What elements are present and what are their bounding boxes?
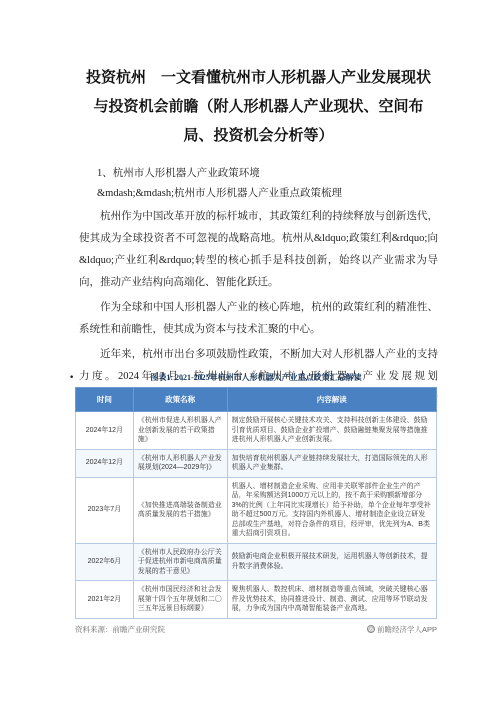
paragraph: 杭州作为中国改革开放的标杆城市，其政策红利的持续释放与创新迭代，使其成为全球投资… xyxy=(79,206,438,294)
section-heading: 1、杭州市人形机器人产业政策环境 xyxy=(79,164,438,184)
table-row: 2024年12月 《杭州市人形机器人产业发展规划(2024—2029年)》 加快… xyxy=(76,449,437,477)
cell-content: 加快培育杭州机器人产业链持续发展壮大，打造国际领先的人形机器人产业集群。 xyxy=(227,449,436,477)
paragraph: 作为全球和中国人形机器人产业的核心阵地，杭州的政策红利的精准性、系统性和前瞻性，… xyxy=(79,297,438,341)
table-row: 2021年2月 《杭州市国民经济和社会发展第十四个五年规划和二〇三五年远景目标纲… xyxy=(76,581,437,619)
article-title: 投资杭州 一文看懂杭州市人形机器人产业发展现状与投资机会前瞻（附人形机器人产业现… xyxy=(79,64,438,151)
cell-time: 2022年6月 xyxy=(76,543,134,581)
cell-time: 2021年2月 xyxy=(76,581,134,619)
cell-policy: 《杭州市国民经济和社会发展第十四个五年规划和二〇三五年远景目标纲要》 xyxy=(133,581,227,619)
column-header-policy: 政策名称 xyxy=(133,388,227,412)
cell-time: 2024年12月 xyxy=(76,449,134,477)
cell-policy: 《杭州市人民政府办公厅关于促进杭州市新电商高质量发展的若干意见》 xyxy=(133,543,227,581)
figure-footer: 资料来源：前瞻产业研究院 @ 前瞻经济学人APP xyxy=(75,624,437,635)
policy-table: 时间 政策名称 内容解读 2024年12月 《杭州市促进人形机器人产业创新发展的… xyxy=(75,387,437,619)
cell-time: 2024年12月 xyxy=(76,412,134,450)
cell-policy: 《杭州市人形机器人产业发展规划(2024—2029年)》 xyxy=(133,449,227,477)
document-page: 投资杭州 一文看懂杭州市人形机器人产业发展现状与投资机会前瞻（附人形机器人产业现… xyxy=(0,0,496,701)
cell-content: 聚焦机器人、数控机床、增材制造等重点领域，突破关键核心器件及优势技术，协同推进设… xyxy=(227,581,436,619)
cell-time: 2023年7月 xyxy=(76,477,134,543)
table-row: 2023年7月 《加快推进高端装备制造业高质量发展的若干措施》 机器人、增材制造… xyxy=(76,477,437,543)
figure-block: • 图表1: 2021-2025年杭州市人形机器人产业重点政策汇总解读 时间 政… xyxy=(75,372,437,635)
figure-caption: 图表1: 2021-2025年杭州市人形机器人产业重点政策汇总解读 xyxy=(75,372,437,384)
cell-content: 机器人、增材制造企业采购、应用非关联零部件企业生产的产品，年采购额达到1000万… xyxy=(227,477,436,543)
cell-policy: 《加快推进高端装备制造业高质量发展的若干措施》 xyxy=(133,477,227,543)
table-row: 2024年12月 《杭州市促进人形机器人产业创新发展的若干政策措施》 制定鼓励开… xyxy=(76,412,437,450)
list-bullet: • xyxy=(69,373,74,383)
cell-policy: 《杭州市促进人形机器人产业创新发展的若干政策措施》 xyxy=(133,412,227,450)
table-header-row: 时间 政策名称 内容解读 xyxy=(76,388,437,412)
section-subheading: &mdash;&mdash;杭州市人形机器人产业重点政策梳理 xyxy=(79,184,438,204)
column-header-time: 时间 xyxy=(76,388,134,412)
brand-watermark: @ 前瞻经济学人APP xyxy=(367,624,437,635)
table-row: 2022年6月 《杭州市人民政府办公厅关于促进杭州市新电商高质量发展的若干意见》… xyxy=(76,543,437,581)
brand-name: 前瞻经济学人APP xyxy=(377,624,437,635)
column-header-content: 内容解读 xyxy=(227,388,436,412)
qianzhan-logo-icon: @ xyxy=(367,625,375,633)
cell-content: 鼓励新电商企业积极开展技术研发，运用机器人等创新技术，提升数字消费体验。 xyxy=(227,543,436,581)
cell-content: 制定鼓励开展核心关键技术攻关、支持科技创新主体建设、鼓励引育优质项目、鼓励企业扩… xyxy=(227,412,436,450)
data-source-label: 资料来源：前瞻产业研究院 xyxy=(75,624,165,635)
